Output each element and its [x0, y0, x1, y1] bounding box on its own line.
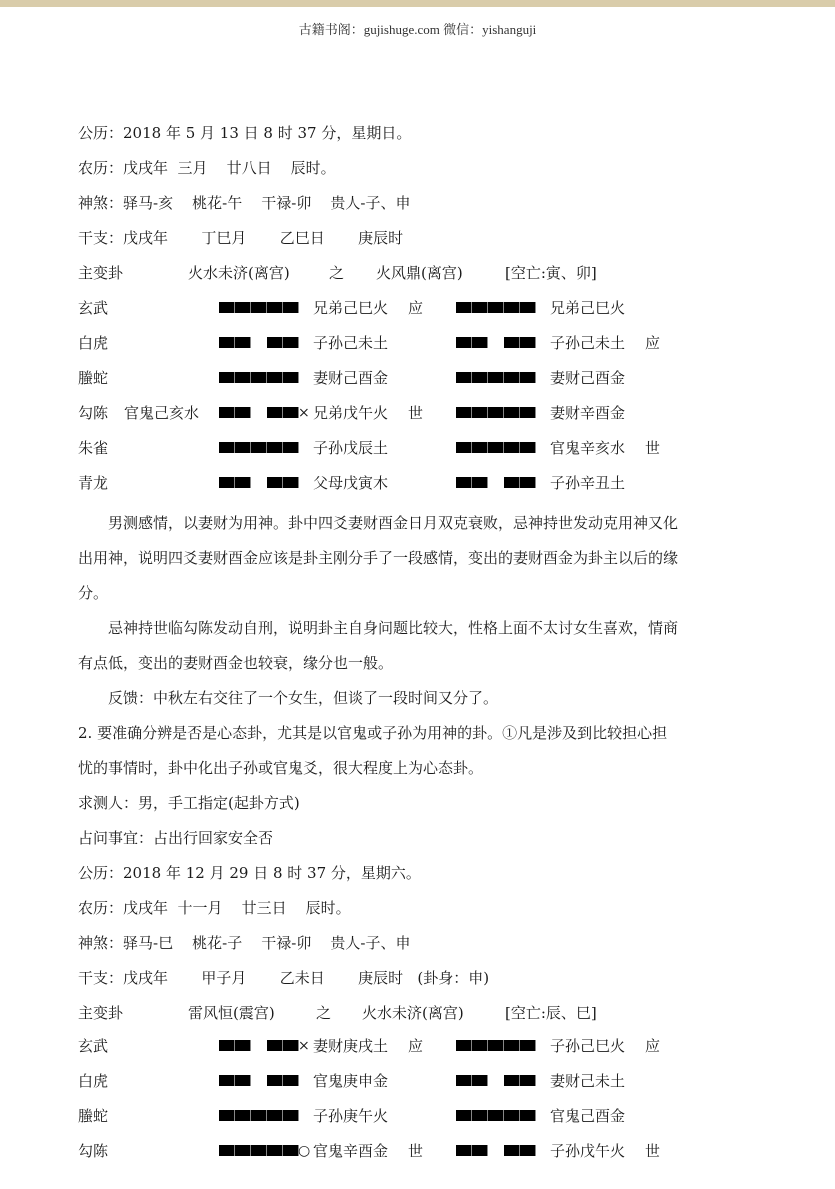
watermark-header: 古籍书阁：gujishuge.com 微信：yishanguji: [0, 19, 835, 38]
main-yao-line-yin: [219, 477, 299, 489]
change-yao-text: 妻财己未土: [550, 1071, 625, 1091]
six-god-label: 白虎: [78, 1071, 108, 1091]
change-shi-ying-mark: 世: [645, 438, 660, 458]
main-yao-text: 兄弟己巳火: [313, 298, 388, 318]
main-shi-ying-mark: 应: [408, 298, 423, 318]
change-yao-line-yang: [456, 302, 536, 314]
main-yao-line-yang: [219, 1110, 299, 1122]
change-yao-text: 妻财辛酉金: [550, 403, 625, 423]
six-god-label: 螣蛇: [78, 368, 108, 388]
case2-lunar-date: 农历：戊戌年 十一月 廿三日 辰时。: [78, 898, 351, 918]
section2-asker: 求测人：男，手工指定(起卦方式): [78, 793, 300, 813]
case1-analysis-line: 男测感情，以妻财为用神。卦中四爻妻财酉金日月双克衰败，忌神持世发动克用神又化: [108, 513, 678, 533]
main-yao-line-yin: [219, 1040, 299, 1052]
section2-line1: 2. 要准确分辨是否是心态卦，尤其是以官鬼或子孙为用神的卦。①凡是涉及到比较担心…: [78, 723, 667, 743]
case1-analysis-line: 有点低，变出的妻财酉金也较衰，缘分也一般。: [78, 653, 393, 673]
change-yao-text: 子孙戊午火: [550, 1141, 625, 1161]
main-yao-text: 父母戊寅木: [313, 473, 388, 493]
case1-main-gua: 火水未济(离宫): [188, 263, 290, 283]
case1-gua-title: 主变卦: [78, 263, 123, 283]
case2-ganzhi: 干支：戊戌年 甲子月 乙未日 庚辰时 (卦身：申): [78, 968, 489, 988]
case2-gregorian-date: 公历：2018 年 12 月 29 日 8 时 37 分，星期六。: [78, 863, 421, 883]
main-yao-line-yang: [219, 442, 299, 454]
case1-analysis-line: 分。: [78, 583, 108, 603]
main-yao-text: 子孙己未土: [313, 333, 388, 353]
change-yao-line-yang: [456, 1040, 536, 1052]
top-border: [0, 0, 835, 7]
main-yao-text: 官鬼庚申金: [313, 1071, 388, 1091]
case1-ganzhi: 干支：戊戌年 丁巳月 乙巳日 庚辰时: [78, 228, 403, 248]
change-yao-line-yin: [456, 1145, 536, 1157]
case1-shensha: 神煞：驿马-亥 桃花-午 干禄-卯 贵人-子、申: [78, 193, 411, 213]
case2-zhi: 之: [316, 1003, 331, 1023]
change-yao-text: 兄弟己巳火: [550, 298, 625, 318]
case1-analysis-line: 忌神持世临勾陈发动自刑，说明卦主自身问题比较大，性格上面不太讨女生喜欢，情商: [108, 618, 678, 638]
change-yao-text: 妻财己酉金: [550, 368, 625, 388]
case1-change-gua: 火风鼎(离宫): [376, 263, 463, 283]
case1-analysis-line: 出用神，说明四爻妻财酉金应该是卦主刚分手了一段感情，变出的妻财酉金为卦主以后的缘: [78, 548, 678, 568]
case2-main-gua: 雷风恒(震宫): [188, 1003, 275, 1023]
main-yao-line-yin: [219, 1075, 299, 1087]
moving-yao-mark: ×: [298, 403, 310, 423]
six-god-label: 玄武: [78, 298, 108, 318]
case2-shensha: 神煞：驿马-巳 桃花-子 干禄-卯 贵人-子、申: [78, 933, 411, 953]
case2-kongwang: [空亡:辰、巳]: [505, 1003, 597, 1023]
change-shi-ying-mark: 应: [645, 333, 660, 353]
case1-feedback: 反馈：中秋左右交往了一个女生，但谈了一段时间又分了。: [108, 688, 498, 708]
main-shi-ying-mark: 世: [408, 1141, 423, 1161]
main-yao-line-yang: [219, 1145, 299, 1157]
main-yao-line-yin: [219, 337, 299, 349]
six-god-label: 螣蛇: [78, 1106, 108, 1126]
change-shi-ying-mark: 应: [645, 1036, 660, 1056]
change-yao-text: 官鬼辛亥水: [550, 438, 625, 458]
main-yao-text: 妻财己酉金: [313, 368, 388, 388]
case1-kongwang: [空亡:寅、卯]: [505, 263, 597, 283]
change-yao-line-yang: [456, 372, 536, 384]
main-yao-text: 子孙庚午火: [313, 1106, 388, 1126]
change-yao-line-yin: [456, 477, 536, 489]
change-yao-text: 子孙己未土: [550, 333, 625, 353]
six-god-label: 勾陈: [78, 403, 108, 423]
main-yao-line-yang: [219, 302, 299, 314]
change-yao-line-yang: [456, 1110, 536, 1122]
change-yao-text: 官鬼己酉金: [550, 1106, 625, 1126]
section2-matter: 占问事宜：占出行回家安全否: [78, 828, 273, 848]
change-yao-text: 子孙己巳火: [550, 1036, 625, 1056]
case2-change-gua: 火水未济(离宫): [362, 1003, 464, 1023]
six-god-label: 青龙: [78, 473, 108, 493]
change-shi-ying-mark: 世: [645, 1141, 660, 1161]
fu-shen-label: 官鬼己亥水: [124, 403, 199, 423]
six-god-label: 白虎: [78, 333, 108, 353]
main-yao-text: 兄弟戊午火: [313, 403, 388, 423]
six-god-label: 玄武: [78, 1036, 108, 1056]
main-yao-text: 子孙戊辰土: [313, 438, 388, 458]
main-yao-text: 官鬼辛酉金: [313, 1141, 388, 1161]
six-god-label: 勾陈: [78, 1141, 108, 1161]
section2-line2: 忧的事情时，卦中化出子孙或官鬼爻，很大程度上为心态卦。: [78, 758, 483, 778]
change-yao-line-yin: [456, 1075, 536, 1087]
main-shi-ying-mark: 应: [408, 1036, 423, 1056]
main-yao-line-yang: [219, 372, 299, 384]
six-god-label: 朱雀: [78, 438, 108, 458]
case1-lunar-date: 农历：戊戌年 三月 廿八日 辰时。: [78, 158, 336, 178]
case1-gregorian-date: 公历：2018 年 5 月 13 日 8 时 37 分，星期日。: [78, 123, 411, 143]
change-yao-line-yang: [456, 407, 536, 419]
case1-zhi: 之: [329, 263, 344, 283]
change-yao-line-yang: [456, 442, 536, 454]
main-yao-line-yin: [219, 407, 299, 419]
moving-yao-mark: ○: [298, 1141, 310, 1161]
main-shi-ying-mark: 世: [408, 403, 423, 423]
moving-yao-mark: ×: [298, 1036, 310, 1056]
change-yao-line-yin: [456, 337, 536, 349]
case2-gua-title: 主变卦: [78, 1003, 123, 1023]
change-yao-text: 子孙辛丑土: [550, 473, 625, 493]
main-yao-text: 妻财庚戌土: [313, 1036, 388, 1056]
